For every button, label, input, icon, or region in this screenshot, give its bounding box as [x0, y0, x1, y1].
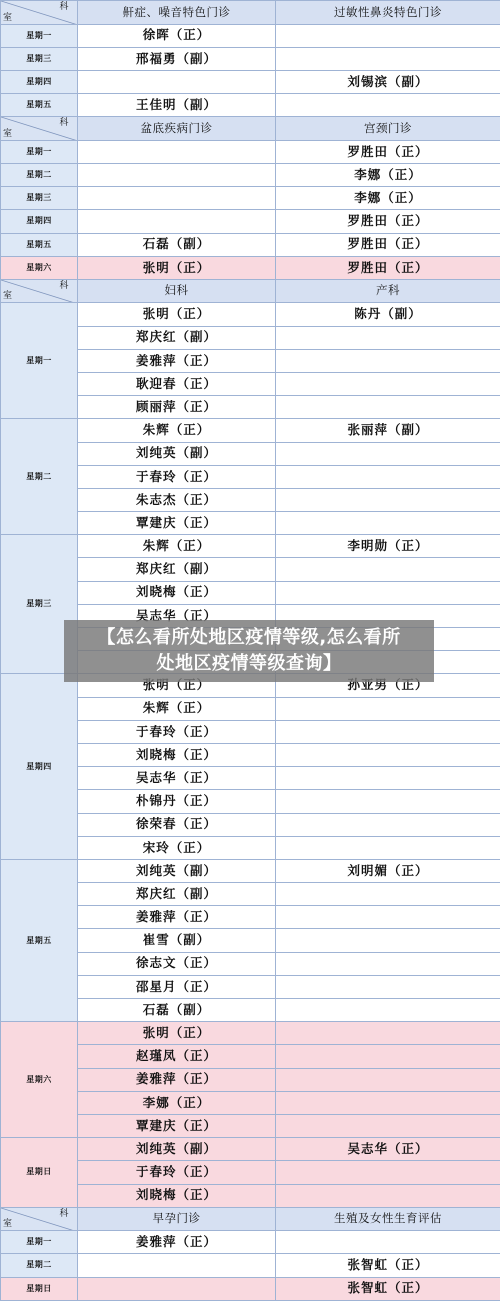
doctor-cell: 王佳明（副） [78, 94, 276, 117]
doctor-cell [276, 488, 500, 511]
doctor-cell: 崔雪（副） [78, 929, 276, 952]
doctor-cell [78, 70, 276, 93]
doctor-cell: 罗胜田（正） [276, 210, 500, 233]
doctor-cell: 邵星月（正） [78, 975, 276, 998]
table-row-weekend: 星期日 张智虹（正） [1, 1277, 500, 1300]
table-row: 星期一张明（正）陈丹（副） [1, 303, 500, 326]
corner-cell: 科 室 [1, 279, 78, 303]
doctor-cell [276, 372, 500, 395]
doctor-cell [276, 94, 500, 117]
header-col1: 妇科 [78, 279, 276, 303]
doctor-cell: 于春玲（正） [78, 465, 276, 488]
doctor-cell [78, 140, 276, 163]
doctor-cell: 于春玲（正） [78, 720, 276, 743]
doctor-cell: 朱辉（正） [78, 535, 276, 558]
doctor-cell: 吴志华（正） [78, 767, 276, 790]
table-row: 星期二朱辉（正）张丽萍（副） [1, 419, 500, 442]
table-row: 星期四 刘锡滨（副） [1, 70, 500, 93]
overlay-title-line2: 处地区疫情等级查询】 [64, 651, 434, 677]
day-cell: 星期一 [1, 1231, 78, 1254]
doctor-cell [276, 47, 500, 70]
doctor-cell [276, 999, 500, 1022]
doctor-cell [276, 720, 500, 743]
doctor-cell: 徐志文（正） [78, 952, 276, 975]
doctor-cell: 张智虹（正） [276, 1277, 500, 1300]
corner-department-label: 科 [59, 3, 69, 12]
doctor-cell [276, 1045, 500, 1068]
doctor-cell: 刘晓梅（正） [78, 743, 276, 766]
table-row: 星期五 石磊（副） 罗胜田（正） [1, 233, 500, 256]
table-row: 星期二 张智虹（正） [1, 1254, 500, 1277]
day-cell: 星期日 [1, 1138, 78, 1208]
corner-department-label: 科 [59, 1210, 69, 1219]
doctor-cell: 李娜（正） [78, 1091, 276, 1114]
corner-cell: 科 室 [1, 1, 78, 25]
doctor-cell: 吴志华（正） [276, 1138, 500, 1161]
doctor-cell [276, 952, 500, 975]
table-row: 星期三 邢福勇（副） [1, 47, 500, 70]
doctor-cell: 李明勋（正） [276, 535, 500, 558]
day-cell: 星期四 [1, 674, 78, 860]
doctor-cell: 李娜（正） [276, 163, 500, 186]
doctor-cell: 石磊（副） [78, 999, 276, 1022]
doctor-cell [78, 163, 276, 186]
corner-room-label: 室 [3, 14, 13, 23]
day-cell: 星期五 [1, 233, 78, 256]
day-cell: 星期二 [1, 419, 78, 535]
day-cell: 星期六 [1, 1022, 78, 1138]
doctor-cell: 朱辉（正） [78, 419, 276, 442]
day-cell: 星期六 [1, 256, 78, 279]
doctor-cell: 朴锦丹（正） [78, 790, 276, 813]
doctor-cell: 张明（正） [78, 303, 276, 326]
doctor-cell [276, 1184, 500, 1207]
doctor-cell: 姜雅萍（正） [78, 1068, 276, 1091]
corner-department-label: 科 [59, 282, 69, 291]
corner-cell: 科 室 [1, 1207, 78, 1231]
day-cell: 星期日 [1, 1277, 78, 1300]
doctor-cell: 覃建庆（正） [78, 512, 276, 535]
section-header: 科 室 妇科 产科 [1, 279, 500, 303]
doctor-cell: 石磊（副） [78, 233, 276, 256]
doctor-cell: 刘锡滨（副） [276, 70, 500, 93]
doctor-cell [276, 1091, 500, 1114]
doctor-cell: 姜雅萍（正） [78, 349, 276, 372]
header-col1: 盆底疾病门诊 [78, 117, 276, 141]
doctor-cell [276, 1231, 500, 1254]
doctor-cell: 朱辉（正） [78, 697, 276, 720]
gyn-obstetric-rows: 星期一张明（正）陈丹（副）郑庆红（副）姜雅萍（正）耿迎春（正）顾丽萍（正）星期二… [1, 303, 500, 1207]
corner-room-label: 室 [3, 1220, 13, 1229]
doctor-cell [276, 442, 500, 465]
day-cell: 星期一 [1, 303, 78, 419]
doctor-cell [276, 349, 500, 372]
doctor-cell: 张明（正） [78, 1022, 276, 1045]
doctor-cell [276, 1114, 500, 1137]
corner-cell: 科 室 [1, 117, 78, 141]
doctor-cell: 罗胜田（正） [276, 256, 500, 279]
table-row: 星期三 李娜（正） [1, 187, 500, 210]
doctor-cell: 姜雅萍（正） [78, 906, 276, 929]
doctor-cell [276, 883, 500, 906]
doctor-cell: 姜雅萍（正） [78, 1231, 276, 1254]
doctor-cell: 耿迎春（正） [78, 372, 276, 395]
doctor-cell: 刘明媚（正） [276, 859, 500, 882]
corner-room-label: 室 [3, 130, 13, 139]
doctor-cell: 徐荣春（正） [78, 813, 276, 836]
table-row: 星期一 姜雅萍（正） [1, 1231, 500, 1254]
doctor-cell: 陈丹（副） [276, 303, 500, 326]
doctor-cell: 覃建庆（正） [78, 1114, 276, 1137]
doctor-cell [78, 210, 276, 233]
doctor-cell [276, 1161, 500, 1184]
day-cell: 星期三 [1, 187, 78, 210]
doctor-cell [276, 790, 500, 813]
table-row: 星期一 罗胜田（正） [1, 140, 500, 163]
table-row-weekend: 星期六 张明（正） 罗胜田（正） [1, 256, 500, 279]
doctor-cell: 刘晓梅（正） [78, 1184, 276, 1207]
table-row-weekend: 星期日刘纯英（副）吴志华（正） [1, 1138, 500, 1161]
header-col2: 宫颈门诊 [276, 117, 500, 141]
corner-department-label: 科 [59, 119, 69, 128]
section-header: 科 室 盆底疾病门诊 宫颈门诊 [1, 117, 500, 141]
day-cell: 星期四 [1, 210, 78, 233]
table-row-weekend: 星期六张明（正） [1, 1022, 500, 1045]
header-col2: 生殖及女性生育评估 [276, 1207, 500, 1231]
doctor-cell [276, 326, 500, 349]
header-col1: 鼾症、噪音特色门诊 [78, 1, 276, 25]
doctor-cell: 刘纯英（副） [78, 442, 276, 465]
title-overlay-banner: 【怎么看所处地区疫情等级,怎么看所 处地区疫情等级查询】 [64, 620, 434, 682]
table-row: 星期四 罗胜田（正） [1, 210, 500, 233]
doctor-cell: 张智虹（正） [276, 1254, 500, 1277]
doctor-cell [276, 975, 500, 998]
doctor-cell: 朱志杰（正） [78, 488, 276, 511]
doctor-cell: 赵瑾凤（正） [78, 1045, 276, 1068]
day-cell: 星期一 [1, 24, 78, 47]
day-cell: 星期五 [1, 859, 78, 1021]
header-col2: 过敏性鼻炎特色门诊 [276, 1, 500, 25]
day-cell: 星期三 [1, 47, 78, 70]
section-header: 科 室 早孕门诊 生殖及女性生育评估 [1, 1207, 500, 1231]
doctor-cell [276, 767, 500, 790]
doctor-cell: 张明（正） [78, 256, 276, 279]
header-col2: 产科 [276, 279, 500, 303]
doctor-cell: 于春玲（正） [78, 1161, 276, 1184]
doctor-cell: 徐晖（正） [78, 24, 276, 47]
doctor-cell: 刘纯英（副） [78, 859, 276, 882]
doctor-cell [276, 743, 500, 766]
doctor-cell [276, 906, 500, 929]
section-header: 科 室 鼾症、噪音特色门诊 过敏性鼻炎特色门诊 [1, 1, 500, 25]
doctor-cell [276, 1068, 500, 1091]
doctor-cell [276, 581, 500, 604]
table-row: 星期一 徐晖（正） [1, 24, 500, 47]
table-row: 星期五刘纯英（副）刘明媚（正） [1, 859, 500, 882]
header-col1: 早孕门诊 [78, 1207, 276, 1231]
doctor-cell [276, 836, 500, 859]
table-row: 星期五 王佳明（副） [1, 94, 500, 117]
doctor-cell [276, 929, 500, 952]
doctor-cell: 罗胜田（正） [276, 233, 500, 256]
doctor-cell: 宋玲（正） [78, 836, 276, 859]
doctor-cell: 李娜（正） [276, 187, 500, 210]
doctor-cell [78, 187, 276, 210]
doctor-cell: 顾丽萍（正） [78, 396, 276, 419]
doctor-cell [276, 396, 500, 419]
doctor-cell [78, 1254, 276, 1277]
doctor-cell [276, 24, 500, 47]
day-cell: 星期二 [1, 1254, 78, 1277]
doctor-cell [276, 1022, 500, 1045]
day-cell: 星期二 [1, 163, 78, 186]
doctor-cell [276, 465, 500, 488]
corner-room-label: 室 [3, 292, 13, 301]
overlay-title-line1: 【怎么看所处地区疫情等级,怎么看所 [64, 625, 434, 651]
doctor-cell: 郑庆红（副） [78, 883, 276, 906]
doctor-cell: 刘纯英（副） [78, 1138, 276, 1161]
doctor-cell: 罗胜田（正） [276, 140, 500, 163]
day-cell: 星期五 [1, 94, 78, 117]
doctor-cell: 郑庆红（副） [78, 326, 276, 349]
doctor-cell: 张丽萍（副） [276, 419, 500, 442]
doctor-cell [276, 558, 500, 581]
doctor-cell: 刘晓梅（正） [78, 581, 276, 604]
doctor-cell [78, 1277, 276, 1300]
doctor-cell: 郑庆红（副） [78, 558, 276, 581]
day-cell: 星期四 [1, 70, 78, 93]
doctor-cell [276, 813, 500, 836]
doctor-cell: 邢福勇（副） [78, 47, 276, 70]
table-row: 星期三朱辉（正）李明勋（正） [1, 535, 500, 558]
day-cell: 星期一 [1, 140, 78, 163]
doctor-cell [276, 512, 500, 535]
table-row: 星期二 李娜（正） [1, 163, 500, 186]
doctor-cell [276, 697, 500, 720]
